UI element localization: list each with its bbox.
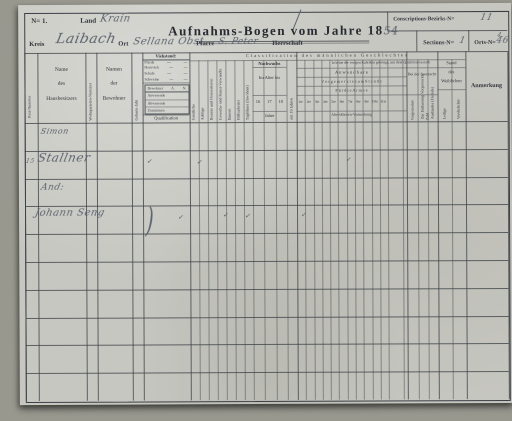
bewohner-box-col2: N. [183, 85, 187, 91]
viehstand-rows: Pferde——Hornvieh——Schafe——Schweine—— [142, 60, 189, 83]
status-column-label: Adelige [200, 62, 204, 120]
armee-class: 9te [363, 101, 371, 105]
seemacht-subcol-label: Vorgemerkte [411, 96, 415, 120]
nachwuchs-title: Nachwuchs [252, 62, 286, 67]
kreis-value-handwritten: Laibach [55, 31, 118, 47]
bewohner-box-row: Abwesende [146, 100, 189, 108]
form-sheet: N= 1. Land Krain Conscriptions-Bezirks-N… [18, 3, 512, 405]
table-grid [18, 3, 511, 5]
pfarre-value-handwritten: S. Peter [217, 37, 259, 47]
check-mark: ✓ [245, 212, 252, 221]
sections-label: Sections-N= [423, 40, 454, 46]
entry-row1-name: Simon [40, 127, 70, 136]
stand-subcol-label: Verehelichte [457, 91, 461, 119]
pfarre-label: Pfarre [196, 41, 214, 48]
col-bewohner-l1: Namen [96, 63, 131, 77]
ort-label: Ort [118, 42, 128, 49]
right-column-label: Ausländer (Fremde) [430, 61, 434, 119]
nachwuchs-year: 18 [275, 100, 286, 105]
conscription-value-handwritten: 11 [479, 13, 494, 23]
armee-class: 1te [297, 101, 305, 105]
armee-class: 7te [346, 101, 354, 105]
nachwuchs-year: 16 [253, 100, 264, 105]
check-mark: ✓ [345, 155, 352, 164]
nachwuchs-footer: Jahre [253, 114, 287, 119]
status-column-label: Geistliche [191, 62, 195, 120]
armee-class-columns: 1te2te3te4te5te6te7te8te9te10te11te [18, 3, 511, 5]
armee-class: 8te [354, 101, 362, 105]
entry-row2-number: 15 [25, 158, 35, 165]
mid-column-label: mit 19 Jahren [289, 62, 293, 120]
status-column-label: Bauern [227, 62, 231, 120]
col-hausbesitzer-l3: Hausbesitzers [38, 91, 86, 106]
check-marks: ✓✓✓✓✓✓✓ [18, 3, 511, 5]
check-mark: ✓ [223, 211, 230, 220]
seemacht-subcols: VorgemerkteZahl [18, 3, 511, 5]
armee-class: 11te [379, 100, 387, 104]
anmerkung-label: Anmerkung [465, 83, 507, 89]
armee-class: 6te [338, 101, 346, 105]
stand-subcols: LedigeVerehelichte [18, 3, 511, 5]
armee-class: 3te [313, 101, 321, 105]
bewohner-box-row: Anwesende [146, 92, 189, 100]
armee-class: 2te [305, 101, 313, 105]
col-bewohner-l3: Bewohner [97, 91, 132, 105]
col-wohnpartei: Wohnparteien-Nummer [88, 59, 92, 121]
scanned-census-form: { "header": { "nr": "N= 1.", "land_label… [0, 0, 512, 421]
viehstand-box: Viehstand: Pferde——Hornvieh——Schafe——Sch… [142, 52, 189, 122]
col-bewohner-l2: der [96, 77, 131, 91]
armee-class: 4te [321, 101, 329, 105]
right-column-label: Zur Entlassung Vorgemerkte [420, 61, 424, 119]
form-number: N= 1. [31, 18, 47, 25]
armee-class: 10te [371, 101, 379, 105]
nachwuchs-years: 161718 [18, 3, 511, 5]
stand-subcol-label: Ledige [443, 91, 447, 119]
kreis-label: Kreis [29, 42, 44, 49]
col-hausbesitzer-l1: Name [37, 63, 85, 78]
status-column-label: Beamte und Honoratioren [209, 62, 213, 120]
form-title-year-handwritten: 54 [384, 24, 399, 37]
check-mark: ✓ [301, 210, 308, 219]
col-post-nr: Post-Nummer [27, 63, 31, 118]
entry-row2-name: Stallner [36, 151, 91, 165]
qualification-label: Qualification [143, 116, 190, 121]
herrschaft-label: Herrschaft [272, 41, 302, 48]
status-column-label: Taglöhner (Inwohner) [245, 62, 249, 120]
orts-label: Orts-N= [474, 40, 495, 46]
armee-class: 5te [330, 101, 338, 105]
bewohner-subbox: BewohnerA.N.AnwesendeAbwesendeZusammen [144, 84, 189, 114]
status-column-label: Gewerbs- und Kunst-Verwandte [218, 62, 222, 120]
nachwuchs-year: 17 [264, 100, 275, 105]
conscription-label: Conscriptions-Bezirks-N= [393, 17, 454, 23]
land-value-handwritten: Krain [99, 14, 132, 25]
col-hausbesitzer: Name des Hausbesitzers [37, 63, 85, 106]
classification-status-columns: GeistlicheAdeligeBeamte und Honoratioren… [18, 3, 511, 5]
col-hausbesitzer-l2: des [37, 77, 85, 92]
bewohner-box-title: Bewohner [147, 85, 163, 91]
right-vertical-columns: Zur Entlassung VorgemerkteAusländer (Fre… [18, 3, 511, 5]
land-label: Land [80, 18, 96, 25]
nachwuchs-cell: Im Alter bis [252, 74, 286, 81]
check-mark: ✓ [146, 157, 153, 166]
check-mark: ✓ [178, 213, 185, 222]
status-column-label: Hilfsarbeiter [236, 62, 240, 120]
entry-row4-name: Johann Seng [34, 208, 106, 219]
col-bewohner: Namen der Bewohner [96, 63, 131, 106]
check-mark: ✓ [196, 158, 203, 167]
orts-divider [468, 30, 469, 51]
entry-row3-name: And: [40, 183, 65, 193]
sections-divider [416, 30, 417, 51]
bewohner-box-col1: A. [171, 85, 175, 91]
col-geburtsjahr: Geburts-Jahr [134, 59, 138, 121]
orts-value-handwritten: 46 [495, 36, 510, 46]
